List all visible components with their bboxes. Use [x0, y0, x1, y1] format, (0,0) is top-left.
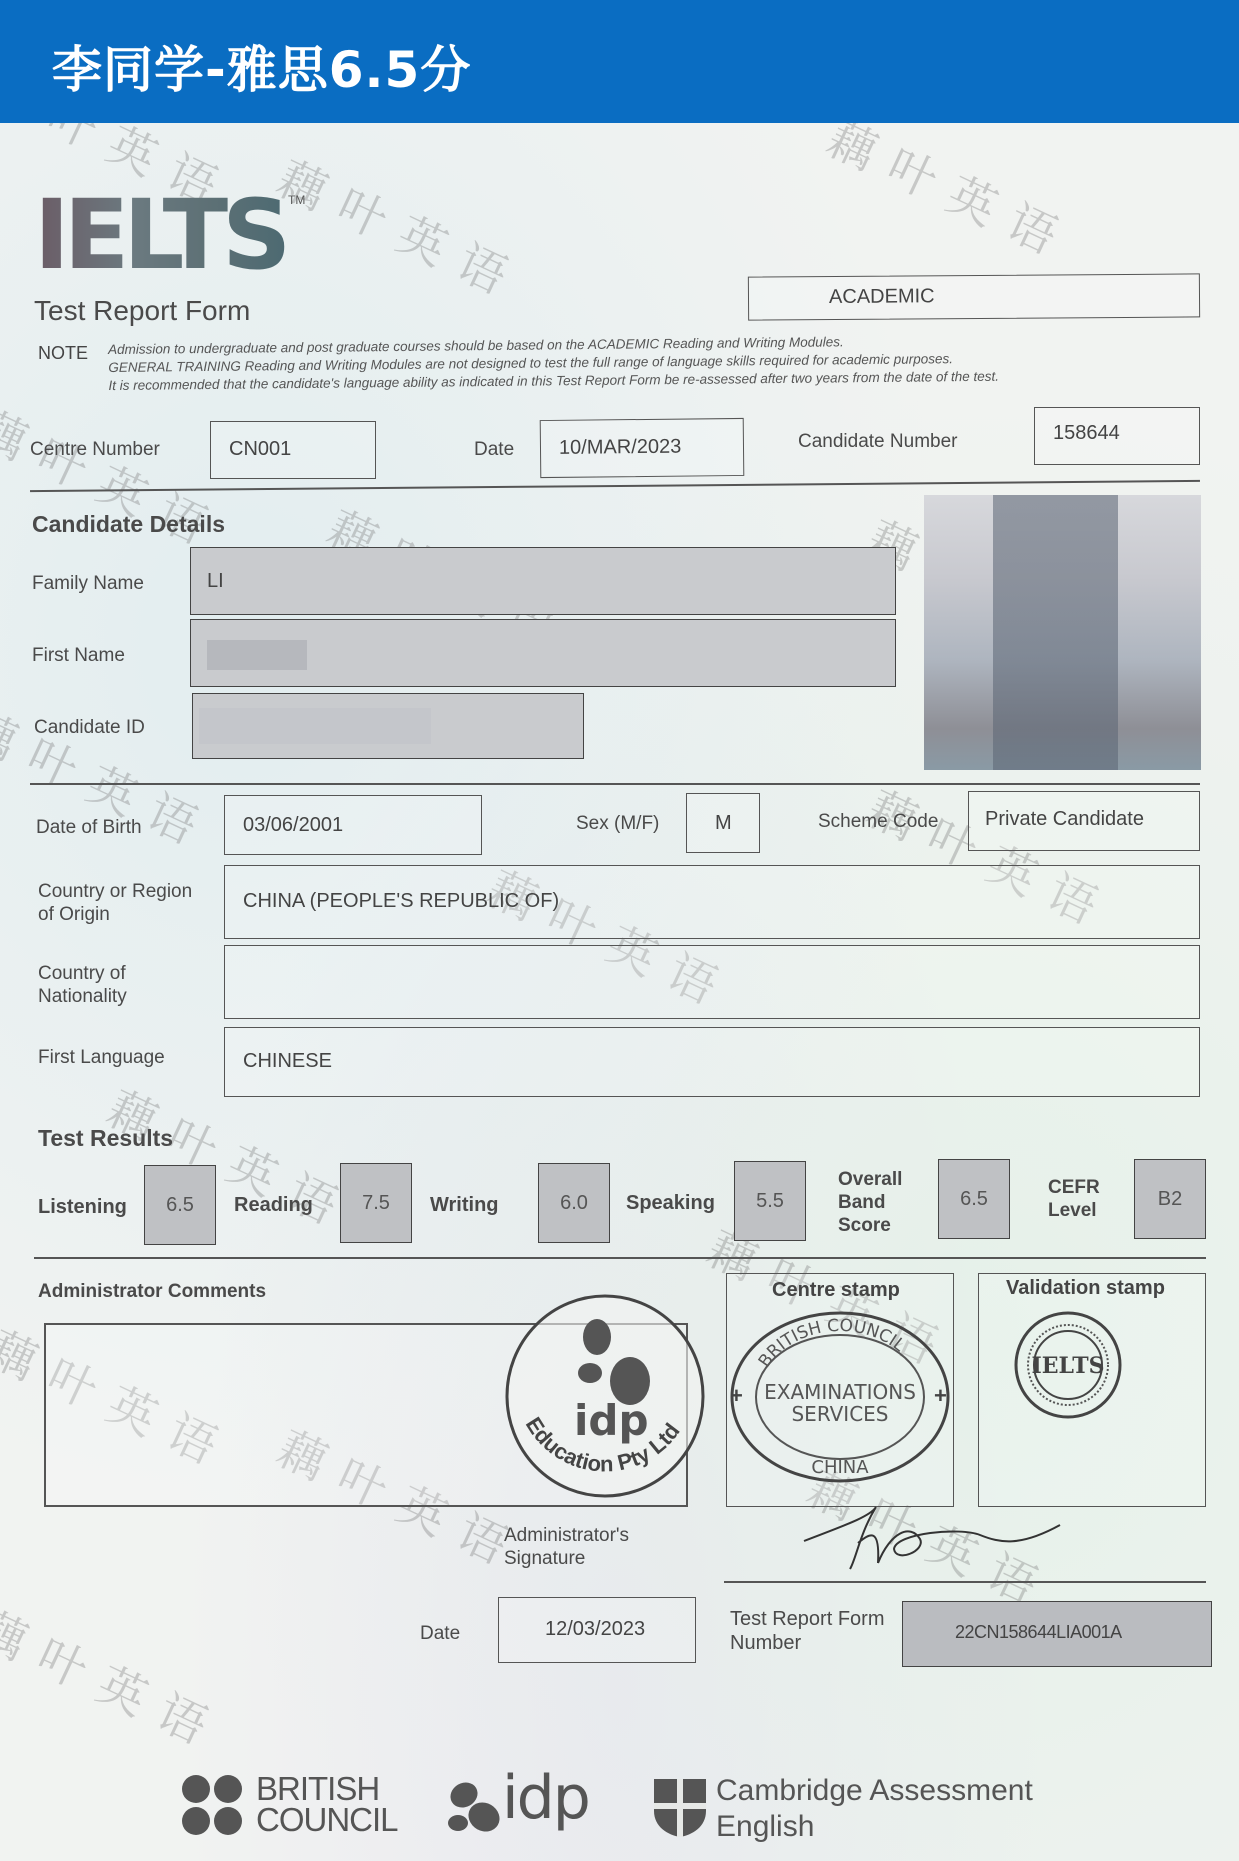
- country-origin-label: Country or Region of Origin: [38, 881, 192, 927]
- watermark: 藕叶英语: [0, 1590, 236, 1764]
- listening-score: 6.5: [144, 1165, 216, 1245]
- validation-stamp-label: Validation stamp: [1006, 1277, 1165, 1300]
- speaking-score: 5.5: [734, 1161, 806, 1241]
- scheme-code-field: Private Candidate: [968, 791, 1200, 851]
- divider: [30, 480, 1200, 492]
- divider: [30, 783, 1200, 785]
- form-title: Test Report Form: [34, 295, 250, 327]
- footer-logos: BRITISH COUNCIL idp Cambridge Assessment…: [0, 1763, 1239, 1843]
- watermark: 藕叶英语: [268, 140, 536, 314]
- admin-date-label: Date: [420, 1623, 460, 1646]
- overall-band-label: Overall Band Score: [838, 1169, 902, 1237]
- watermark: 藕叶英语: [818, 123, 1086, 275]
- date-label: Date: [474, 439, 514, 462]
- first-language-field: CHINESE: [224, 1027, 1200, 1097]
- centre-number-field: CN001: [210, 421, 376, 479]
- overall-band-score: 6.5: [938, 1159, 1010, 1239]
- divider: [34, 1257, 1206, 1259]
- listening-label: Listening: [38, 1195, 127, 1219]
- centre-stamp-label: Centre stamp: [772, 1279, 900, 1302]
- cefr-level-label: CEFR Level: [1048, 1177, 1100, 1223]
- module-box: ACADEMIC: [748, 273, 1200, 320]
- reading-label: Reading: [234, 1193, 313, 1217]
- candidate-number-field: 158644: [1034, 407, 1200, 465]
- candidate-id-label: Candidate ID: [34, 717, 145, 740]
- candidate-photo-redacted: [924, 495, 1201, 770]
- signature-line: [724, 1581, 1206, 1583]
- speaking-label: Speaking: [626, 1191, 715, 1215]
- svg-text:BRITISH COUNCIL: BRITISH COUNCIL: [755, 1316, 909, 1371]
- page-header: 李同学-雅思6.5分: [0, 0, 1239, 123]
- reading-score: 7.5: [340, 1163, 412, 1243]
- redacted-candidate-id: [199, 708, 431, 744]
- sex-field: M: [686, 793, 760, 853]
- british-council-logo-icon: [182, 1775, 246, 1837]
- module-value: ACADEMIC: [829, 285, 935, 309]
- sex-label: Sex (M/F): [576, 813, 659, 836]
- family-name-label: Family Name: [32, 573, 144, 596]
- idp-logo-icon: [444, 1777, 504, 1837]
- writing-label: Writing: [430, 1193, 499, 1217]
- dob-field: 03/06/2001: [224, 795, 482, 855]
- nationality-label: Country of Nationality: [38, 963, 127, 1009]
- note-label: NOTE: [38, 343, 88, 364]
- ielts-validation-stamp: IELTS: [1012, 1309, 1124, 1421]
- british-council-logo-text: BRITISH COUNCIL: [256, 1773, 398, 1835]
- candidate-id-field: [192, 693, 584, 759]
- british-council-stamp: BRITISH COUNCIL EXAMINATIONS SERVICES CH…: [726, 1305, 954, 1501]
- family-name-field: LI: [190, 547, 896, 615]
- scheme-code-label: Scheme Code: [818, 811, 938, 834]
- note-text: Admission to undergraduate and post grad…: [108, 332, 999, 395]
- cambridge-shield-icon: [652, 1777, 708, 1839]
- country-origin-field: CHINA (PEOPLE'S REPUBLIC OF): [224, 865, 1200, 939]
- cefr-level: B2: [1134, 1159, 1206, 1239]
- svg-text:+: +: [730, 1383, 743, 1408]
- svg-text:IELTS: IELTS: [1032, 1353, 1105, 1379]
- svg-text:+: +: [934, 1383, 947, 1408]
- test-results-title: Test Results: [38, 1125, 173, 1152]
- admin-comments-label: Administrator Comments: [38, 1281, 266, 1303]
- svg-text:CHINA: CHINA: [811, 1457, 869, 1478]
- svg-text:idp: idp: [574, 1396, 649, 1445]
- date-field: 10/MAR/2023: [540, 418, 745, 478]
- centre-number-label: Centre Number: [30, 439, 160, 462]
- ielts-logo: IELTS: [34, 187, 285, 283]
- svg-text:EXAMINATIONS: EXAMINATIONS: [764, 1380, 916, 1404]
- cambridge-logo-text: Cambridge Assessment English: [716, 1773, 1033, 1845]
- trf-number-label: Test Report Form Number: [730, 1607, 884, 1655]
- nationality-field: [224, 945, 1200, 1019]
- trf-number-field: 22CN158644LIA001A: [902, 1601, 1212, 1667]
- idp-logo-text: idp: [502, 1763, 589, 1833]
- first-name-label: First Name: [32, 645, 125, 668]
- idp-stamp: idp Education Pty Ltd: [502, 1293, 708, 1499]
- first-language-label: First Language: [38, 1047, 165, 1070]
- watermark: 藕叶英语: [0, 390, 236, 564]
- candidate-number-label: Candidate Number: [798, 431, 957, 454]
- candidate-details-title: Candidate Details: [32, 511, 225, 538]
- redacted-first-name: [207, 640, 307, 670]
- administrator-signature: [800, 1503, 1100, 1573]
- admin-date-field: 12/03/2023: [498, 1597, 696, 1663]
- page-title: 李同学-雅思6.5分: [52, 30, 471, 102]
- writing-score: 6.0: [538, 1163, 610, 1243]
- first-name-field: [190, 619, 896, 687]
- signature-label: Administrator's Signature: [504, 1525, 629, 1571]
- ielts-test-report-form: 藕叶英语 藕叶英语 藕叶英语 藕叶英语 藕叶英语 藕叶英语 藕叶英语 藕叶英语 …: [0, 123, 1239, 1861]
- dob-label: Date of Birth: [36, 817, 142, 840]
- trademark: TM: [288, 193, 305, 207]
- svg-text:SERVICES: SERVICES: [791, 1402, 888, 1426]
